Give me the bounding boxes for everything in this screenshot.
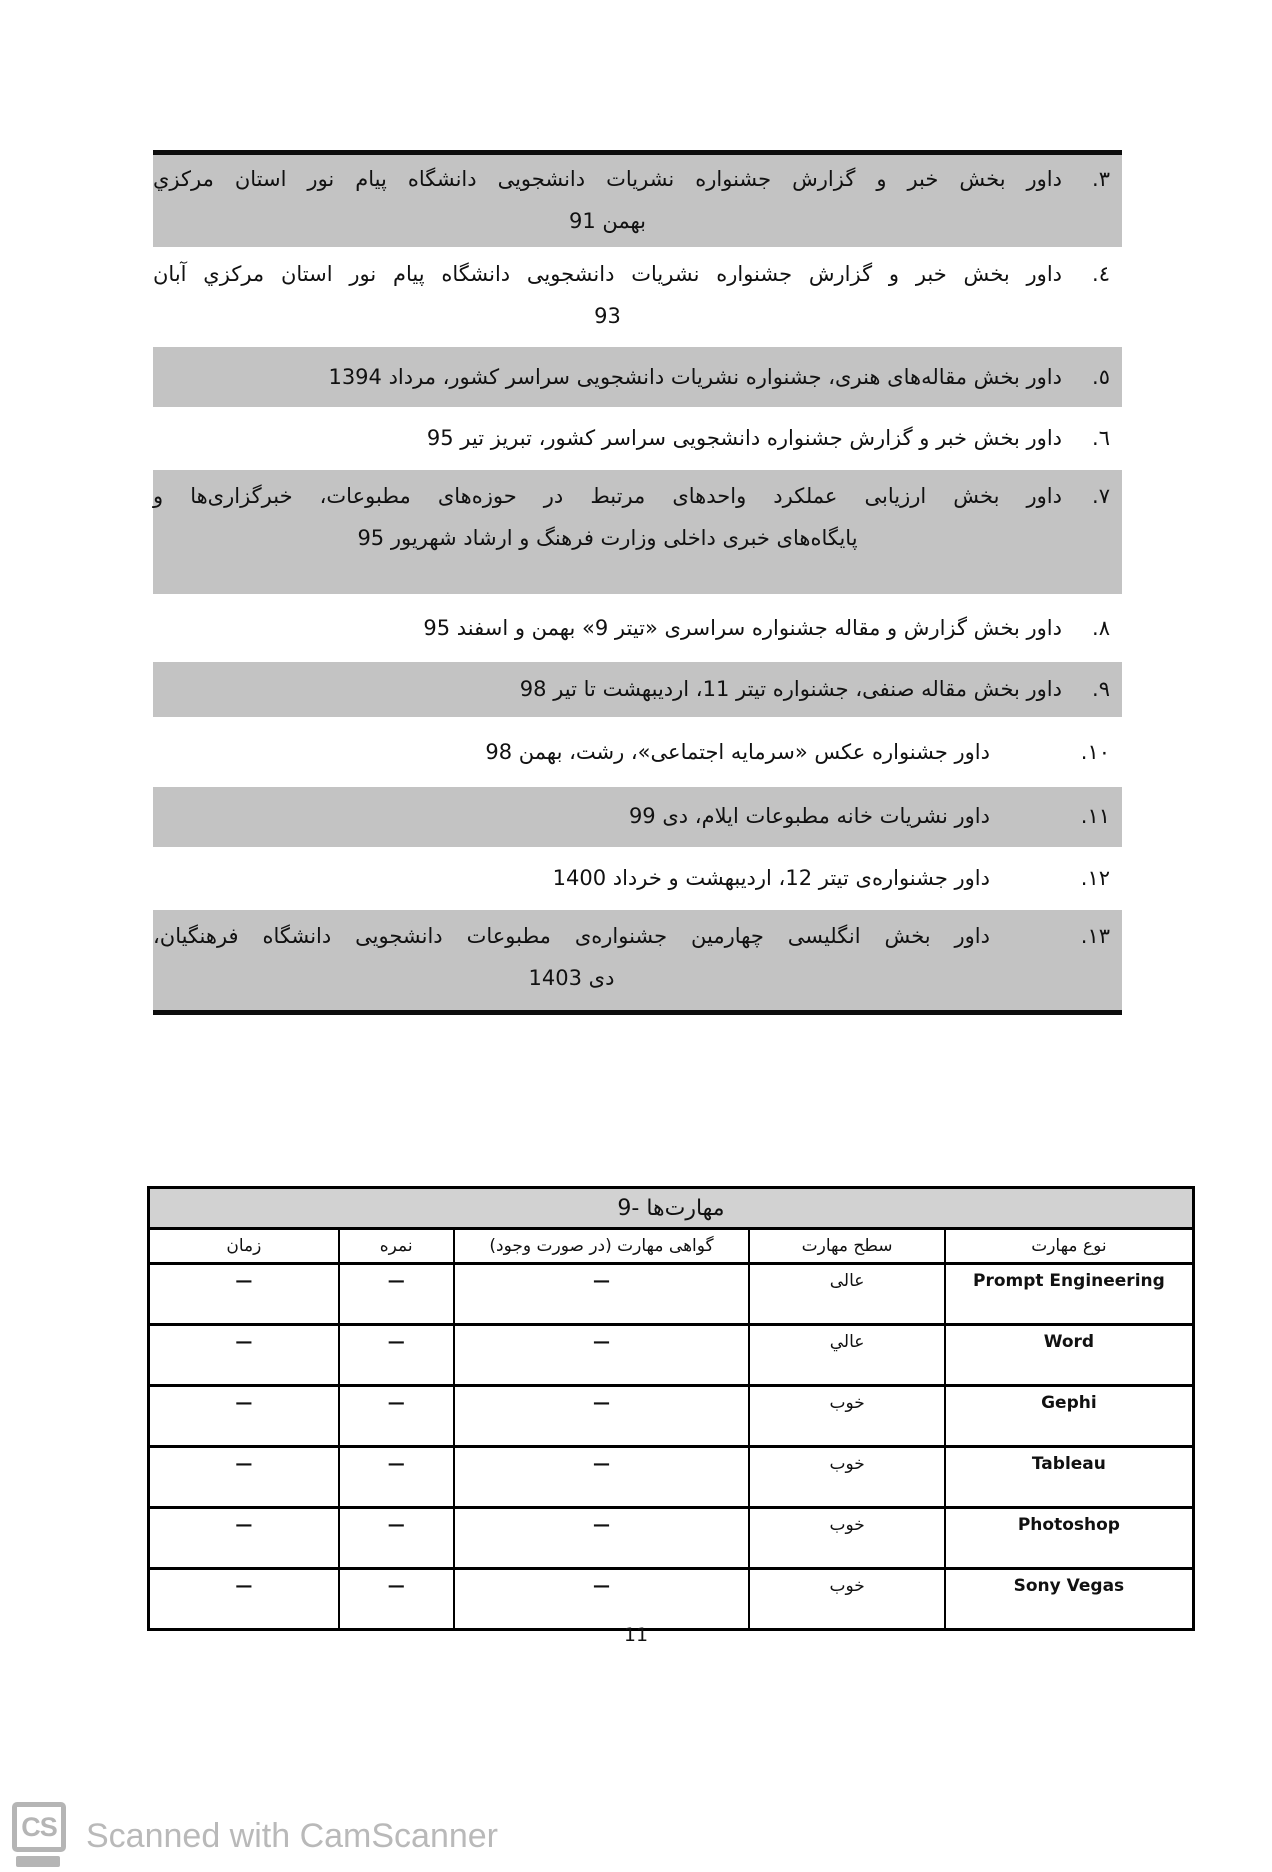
- column-header-score: نمره: [339, 1229, 454, 1264]
- list-item-body: داور جشنواره‌ی تیتر 12، اردیبهشت و خرداد…: [153, 857, 1062, 899]
- certificate-cell: —: [454, 1508, 750, 1569]
- time-cell: —: [149, 1447, 339, 1508]
- certificate-cell: —: [454, 1447, 750, 1508]
- list-item: ٧. داور بخش ارزیابی عملکرد واحدهای مرتبط…: [153, 470, 1122, 594]
- list-item: ٦. داور بخش خبر و گزارش جشنواره دانشجویی…: [153, 407, 1122, 470]
- skills-table-header-row: نوع مهارت سطح مهارت گواهی مهارت (در صورت…: [149, 1229, 1194, 1264]
- skill-type-cell: Prompt Engineering: [945, 1264, 1194, 1325]
- refereeing-list: ٣. داور بخش خبر و گزارش جشنواره نشریات د…: [153, 150, 1122, 1015]
- list-item: ١٣. داور بخش انگلیسی چهارمین جشنواره‌ی م…: [153, 910, 1122, 1010]
- skill-level-cell: خوب: [749, 1508, 944, 1569]
- certificate-cell: —: [454, 1386, 750, 1447]
- score-cell: —: [339, 1508, 454, 1569]
- table-row: Word عالي — — —: [149, 1325, 1194, 1386]
- time-cell: —: [149, 1325, 339, 1386]
- list-item-number: ١٠.: [1076, 731, 1122, 773]
- column-header-time: زمان: [149, 1229, 339, 1264]
- list-item-body: داور بخش مقاله صنفی، جشنواره تیتر 11، ار…: [153, 668, 1062, 710]
- list-item-number: ٥.: [1076, 356, 1122, 398]
- table-row: Tableau خوب — — —: [149, 1447, 1194, 1508]
- list-item-number: ٦.: [1076, 417, 1122, 459]
- list-item: ٥. داور بخش مقاله‌های هنری، جشنواره نشری…: [153, 347, 1122, 407]
- skill-type-cell: Tableau: [945, 1447, 1194, 1508]
- list-item-number: ٣.: [1076, 158, 1122, 242]
- skills-table-title: 9- مهارت‌ها: [149, 1188, 1194, 1229]
- list-item: ١١. داور نشریات خانه مطبوعات ایلام، دی 9…: [153, 787, 1122, 847]
- list-item-text-line2: دی 1403: [153, 957, 990, 999]
- list-item-number: ٤.: [1076, 253, 1122, 337]
- skill-level-cell: خوب: [749, 1569, 944, 1630]
- cs-logo-box: CS: [12, 1802, 66, 1852]
- column-header-certificate: گواهی مهارت (در صورت وجود): [454, 1229, 750, 1264]
- list-item-text: داور بخش خبر و گزارش جشنواره دانشجویی سر…: [153, 417, 1062, 459]
- score-cell: —: [339, 1569, 454, 1630]
- skill-type-cell: Sony Vegas: [945, 1569, 1194, 1630]
- time-cell: —: [149, 1508, 339, 1569]
- list-item-text: داور بخش خبر و گزارش جشنواره نشریات دانش…: [153, 253, 1062, 295]
- list-item-body: داور نشریات خانه مطبوعات ایلام، دی 99: [153, 795, 1062, 837]
- time-cell: —: [149, 1386, 339, 1447]
- list-item-text: داور جشنواره عکس «سرمایه اجتماعی»، رشت، …: [153, 731, 990, 773]
- list-item-text: داور جشنواره‌ی تیتر 12، اردیبهشت و خرداد…: [153, 857, 990, 899]
- skill-type-cell: Gephi: [945, 1386, 1194, 1447]
- table-row: Photoshop خوب — — —: [149, 1508, 1194, 1569]
- score-cell: —: [339, 1325, 454, 1386]
- table-row: Prompt Engineering عالی — — —: [149, 1264, 1194, 1325]
- page-number: 11: [0, 1624, 1272, 1646]
- list-item-body: داور بخش ارزیابی عملکرد واحدهای مرتبط در…: [153, 475, 1062, 559]
- table-row: Gephi خوب — — —: [149, 1386, 1194, 1447]
- list-item-text: داور بخش گزارش و مقاله جشنواره سراسری «ت…: [153, 607, 1062, 649]
- list-item-text: داور بخش مقاله صنفی، جشنواره تیتر 11، ار…: [153, 668, 1062, 710]
- list-item-number: ٧.: [1076, 475, 1122, 559]
- list-item-text: داور بخش خبر و گزارش جشنواره نشریات دانش…: [153, 158, 1062, 200]
- list-item-text: داور بخش انگلیسی چهارمین جشنواره‌ی مطبوع…: [153, 915, 990, 957]
- list-item-text: داور بخش ارزیابی عملکرد واحدهای مرتبط در…: [153, 475, 1062, 517]
- column-header-skill-level: سطح مهارت: [749, 1229, 944, 1264]
- skill-level-cell: عالی: [749, 1264, 944, 1325]
- list-item-text-line2: 93: [153, 295, 1062, 337]
- time-cell: —: [149, 1569, 339, 1630]
- camscanner-logo-icon: CS: [12, 1802, 70, 1870]
- skills-table: 9- مهارت‌ها نوع مهارت سطح مهارت گواهی مه…: [147, 1186, 1195, 1631]
- list-item: ٩. داور بخش مقاله صنفی، جشنواره تیتر 11،…: [153, 662, 1122, 717]
- watermark-text: Scanned with CamScanner: [86, 1817, 498, 1856]
- list-item-body: داور بخش خبر و گزارش جشنواره دانشجویی سر…: [153, 417, 1062, 459]
- list-item-body: داور بخش انگلیسی چهارمین جشنواره‌ی مطبوع…: [153, 915, 1062, 999]
- skill-level-cell: عالي: [749, 1325, 944, 1386]
- table-row: Sony Vegas خوب — — —: [149, 1569, 1194, 1630]
- list-item-number: ١١.: [1076, 795, 1122, 837]
- list-item-body: داور بخش مقاله‌های هنری، جشنواره نشریات …: [153, 356, 1062, 398]
- list-item: ١٠. داور جشنواره عکس «سرمایه اجتماعی»، ر…: [153, 717, 1122, 787]
- skill-level-cell: خوب: [749, 1386, 944, 1447]
- list-item: ١٢. داور جشنواره‌ی تیتر 12، اردیبهشت و خ…: [153, 847, 1122, 910]
- time-cell: —: [149, 1264, 339, 1325]
- list-item-number: ١٢.: [1076, 857, 1122, 899]
- column-header-skill-type: نوع مهارت: [945, 1229, 1194, 1264]
- skill-level-cell: خوب: [749, 1447, 944, 1508]
- certificate-cell: —: [454, 1264, 750, 1325]
- list-item-body: داور بخش گزارش و مقاله جشنواره سراسری «ت…: [153, 607, 1062, 649]
- list-item-body: داور جشنواره عکس «سرمایه اجتماعی»، رشت، …: [153, 731, 1062, 773]
- score-cell: —: [339, 1264, 454, 1325]
- list-item: ٤. داور بخش خبر و گزارش جشنواره نشریات د…: [153, 247, 1122, 347]
- cs-logo-bar: [16, 1856, 60, 1867]
- list-item-body: داور بخش خبر و گزارش جشنواره نشریات دانش…: [153, 253, 1062, 337]
- list-item-text: داور بخش مقاله‌های هنری، جشنواره نشریات …: [153, 356, 1062, 398]
- skills-table-title-row: 9- مهارت‌ها: [149, 1188, 1194, 1229]
- list-item-text: داور نشریات خانه مطبوعات ایلام، دی 99: [153, 795, 990, 837]
- camscanner-watermark: CS Scanned with CamScanner: [12, 1802, 498, 1870]
- skill-type-cell: Photoshop: [945, 1508, 1194, 1569]
- certificate-cell: —: [454, 1325, 750, 1386]
- score-cell: —: [339, 1447, 454, 1508]
- list-item: ٣. داور بخش خبر و گزارش جشنواره نشریات د…: [153, 155, 1122, 247]
- skill-type-cell: Word: [945, 1325, 1194, 1386]
- certificate-cell: —: [454, 1569, 750, 1630]
- score-cell: —: [339, 1386, 454, 1447]
- list-item-text-line2: بهمن 91: [153, 200, 1062, 242]
- list-item-body: داور بخش خبر و گزارش جشنواره نشریات دانش…: [153, 158, 1062, 242]
- list-item: ٨. داور بخش گزارش و مقاله جشنواره سراسری…: [153, 594, 1122, 662]
- list-item-number: ١٣.: [1076, 915, 1122, 999]
- list-item-number: ٩.: [1076, 668, 1122, 710]
- list-item-number: ٨.: [1076, 607, 1122, 649]
- list-item-text-line2: پایگاه‌های خبری داخلی وزارت فرهنگ و ارشا…: [153, 517, 1062, 559]
